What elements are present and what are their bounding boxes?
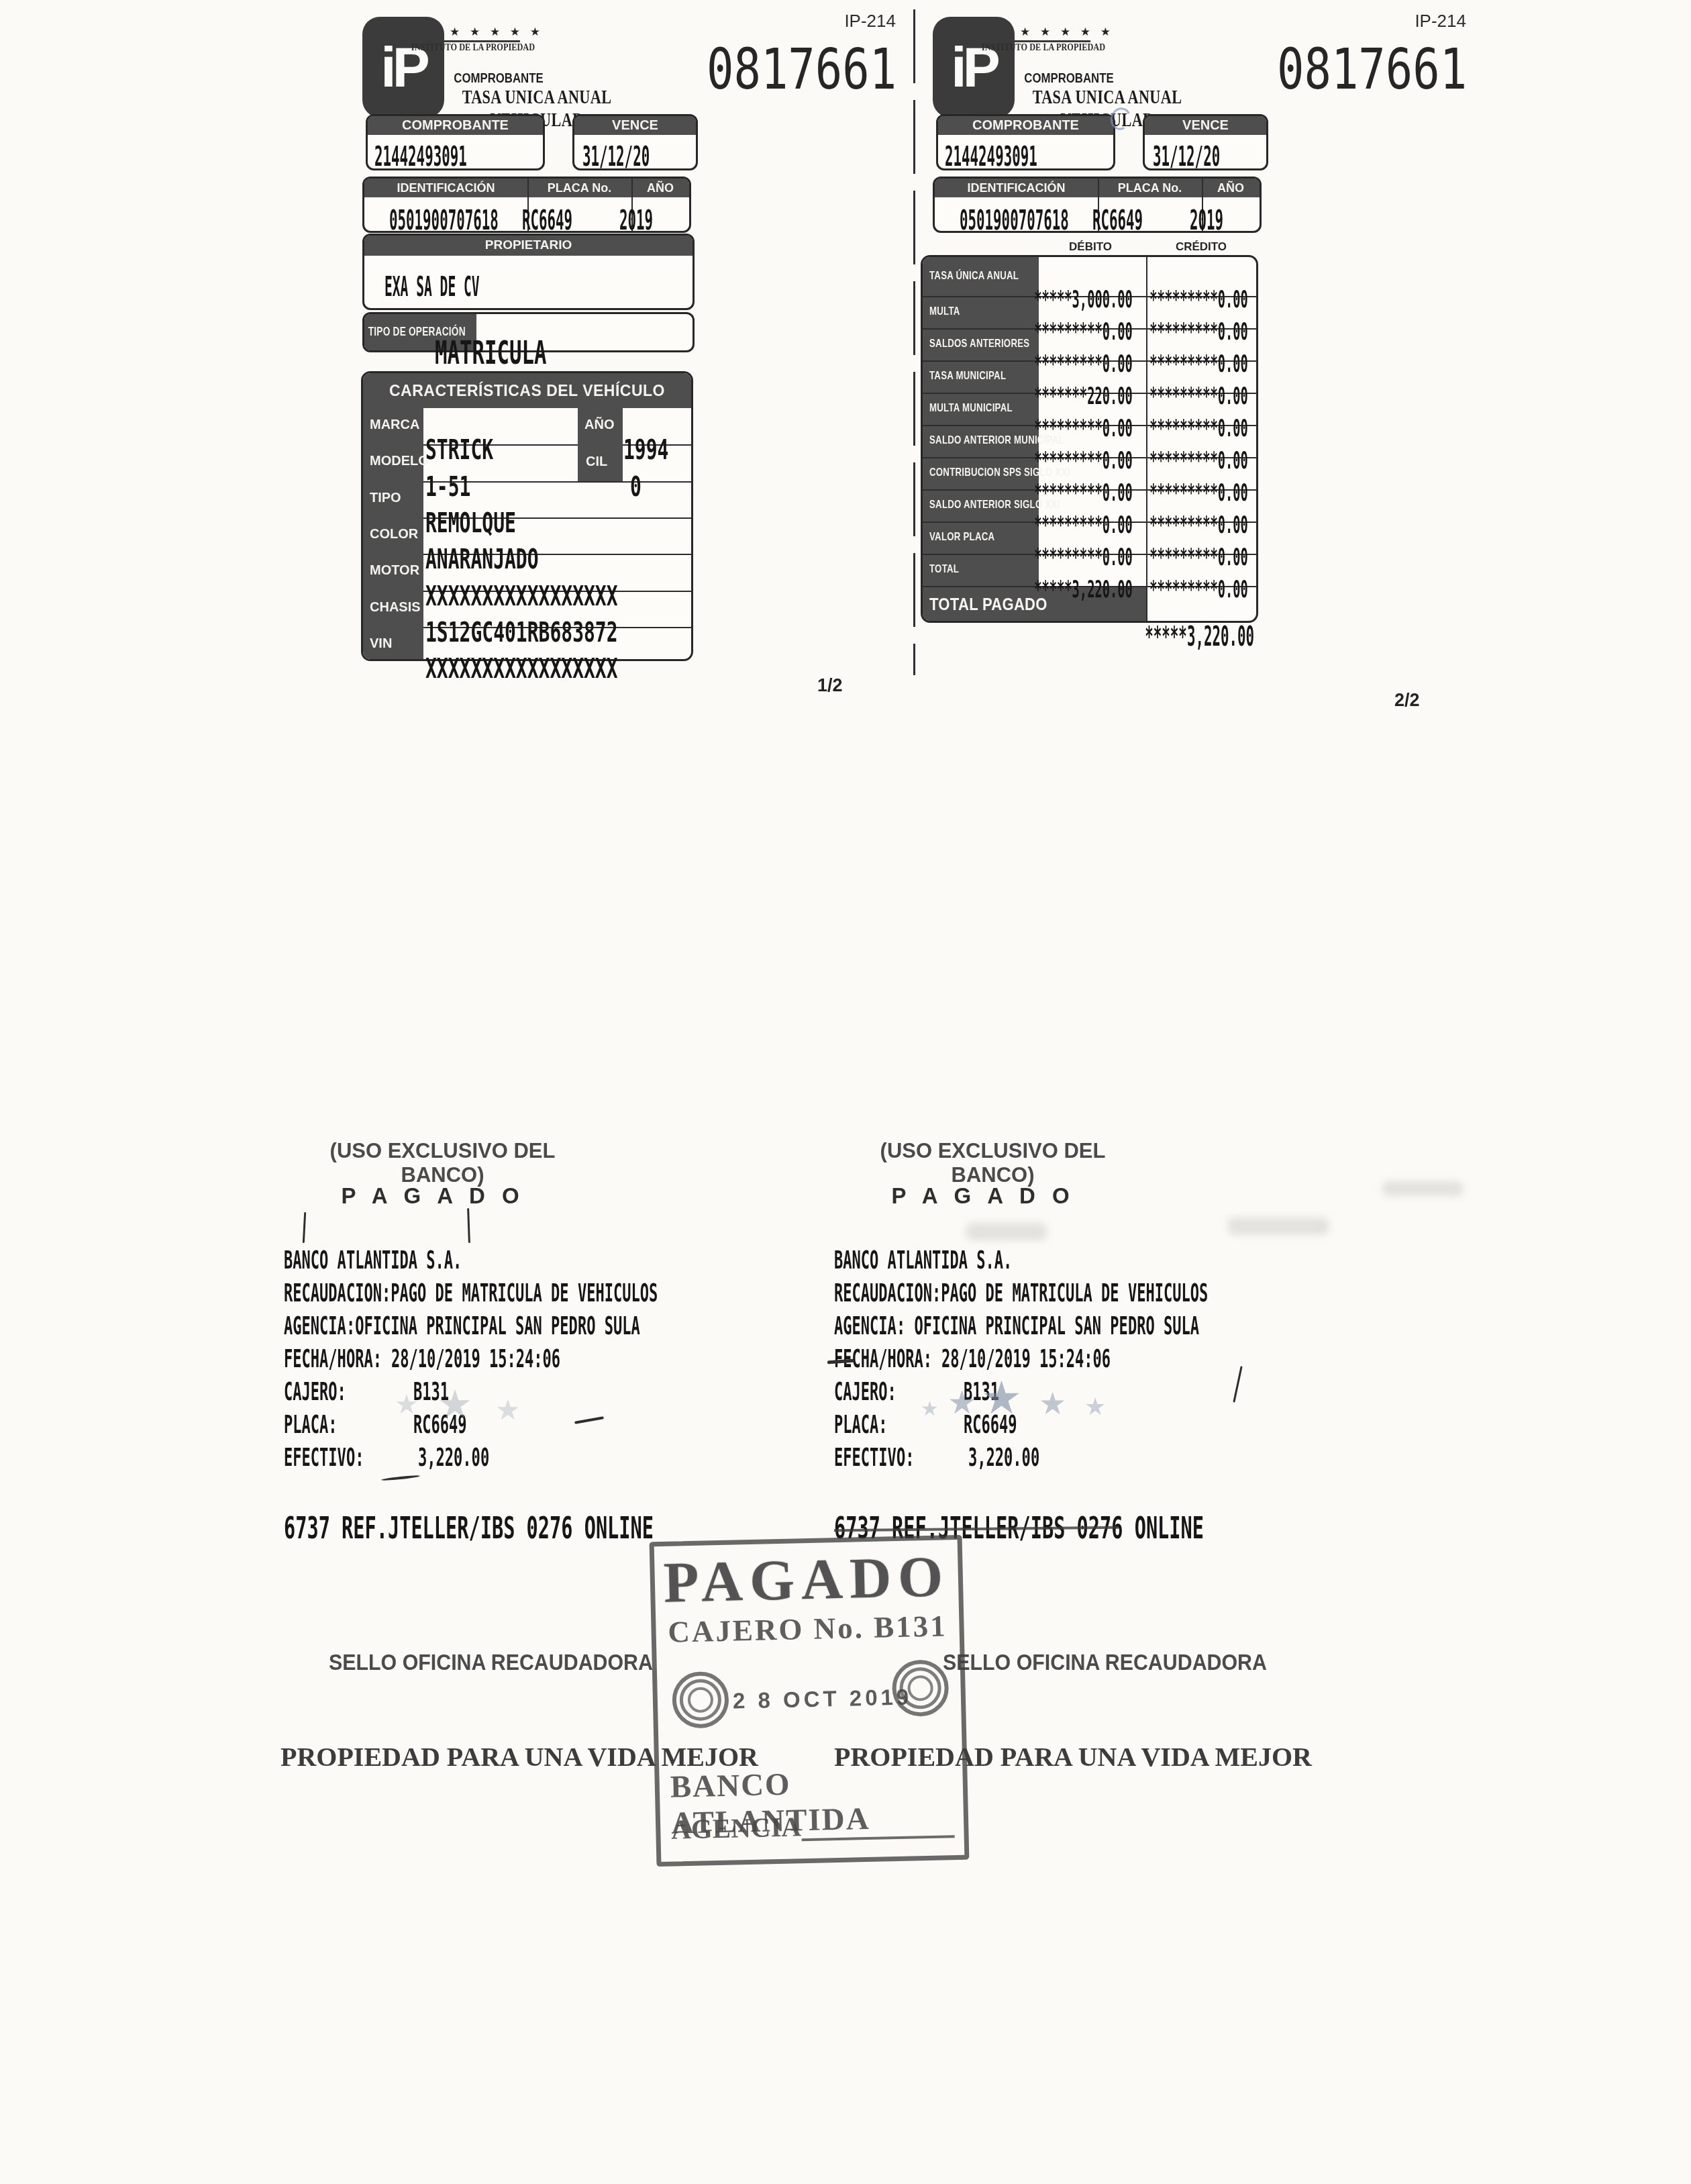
serial-number: 0817661 [707,36,896,102]
payment-row-label: TASA ÚNICA ANUAL [929,269,1019,283]
ano-label: AÑO [1202,179,1260,197]
comprobante-value: 21442493091 [374,142,467,172]
star-icon: ★ [947,1384,976,1422]
comprobante-box: COMPROBANTE 21442493091 [936,114,1115,170]
identificacion-box: IDENTIFICACIÓN PLACA No. AÑO 05019007076… [933,177,1262,233]
doc-type: COMPROBANTE [414,71,583,87]
propietario-label: PROPIETARIO [364,236,693,256]
uso-exclusivo-text: (USO EXCLUSIVO DEL BANCO) [313,1139,572,1187]
payment-row-label: VALOR PLACA [929,530,994,544]
pagado-text: P A G A D O [339,1183,527,1209]
agencia-line: AGENCIA: OFICINA PRINCIPAL SAN PEDRO SUL… [834,1311,1199,1340]
form-code: IP-214 [822,11,896,32]
bank-name-line: BANCO ATLANTIDA S.A. [834,1245,1012,1275]
ghost-artifact [966,1223,1047,1240]
vehicle-title: CARACTERÍSTICAS DEL VEHÍCULO [363,373,691,408]
vehicle-row-value: 1-51 [425,472,470,503]
page2-body: DÉBITO CRÉDITO TASA ÚNICA ANUAL MULTA SA… [921,240,1266,683]
vehicle-row-value: ANARANJADO [425,544,539,575]
identificacion-value: 0501900707618 [389,205,499,236]
fecha-value: 28/10/2019 15:24:06 [391,1344,560,1373]
recaudacion-line: RECAUDACION:PAGO DE MATRICULA DE VEHICUL… [284,1278,658,1307]
payment-credito-value: *********0.00 [1149,447,1248,475]
vehicle-row-value: REMOLQUE [425,508,516,539]
payment-credito-value: *********0.00 [1149,479,1248,507]
comprobante-value: 21442493091 [945,142,1037,172]
efectivo-value: 3,220.00 [418,1442,489,1472]
ano-value: 2019 [619,205,653,236]
payment-credito-value: *********0.00 [1149,350,1248,378]
form-code: IP-214 [1392,11,1466,32]
vehicle-cil-value: 0 [630,472,642,503]
payment-credito-value: *********0.00 [1149,544,1248,571]
divider-line [913,9,915,675]
scanned-receipt-page: iP ★ ★ ★ ★ ★ INSTITUTO DE LA PROPIEDAD I… [0,0,1691,2184]
vence-box: VENCE 31/12/20 [572,114,698,170]
comprobante-label: COMPROBANTE [938,116,1113,135]
vehicle-row-label: MOTOR [370,563,419,579]
payment-row-label: MULTA MUNICIPAL [929,401,1013,415]
tipo-operacion-box: TIPO DE OPERACIÓN MATRICULA [362,312,695,352]
placa-value: RC6649 [522,205,572,236]
star-icon: ★ [395,1389,419,1420]
vehicle-row-value: STRICK [425,435,493,466]
total-pagado-value: *****3,220.00 [1145,622,1254,652]
payment-debito-value: *******220.00 [1034,383,1133,410]
vehicle-ano-label: AÑO [584,417,614,433]
ref-line: 6737 REF.JTELLER/IBS 0276 ONLINE [284,1511,654,1546]
vehicle-box: CARACTERÍSTICAS DEL VEHÍCULO MARCA MODEL… [361,371,693,661]
bank-section-right: (USO EXCLUSIVO DEL BANCO) P A G A D O BA… [832,1139,1248,1569]
payment-debito-value: *********0.00 [1034,479,1133,507]
payment-credito-value: *********0.00 [1149,576,1248,603]
propietario-box: PROPIETARIO EXA SA DE CV [362,234,695,310]
payment-debito-value: *********0.00 [1034,415,1133,442]
agencia-line: AGENCIA:OFICINA PRINCIPAL SAN PEDRO SULA [284,1311,640,1340]
identificacion-label: IDENTIFICACIÓN [364,179,527,197]
placa-value: RC6649 [1092,205,1143,236]
payment-table: TASA ÚNICA ANUAL MULTA SALDOS ANTERIORES… [921,255,1258,623]
vence-label: VENCE [574,116,696,135]
page1-body: PROPIETARIO EXA SA DE CV TIPO DE OPERACI… [361,234,697,703]
star-icon: ★ [1039,1385,1066,1422]
receipt-right-header: iP ★ ★ ★ ★ ★ INSTITUTO DE LA PROPIEDAD I… [929,9,1473,238]
payment-debito-value: *********0.00 [1034,447,1133,475]
payment-credito-value: *********0.00 [1149,286,1248,313]
institute-name: INSTITUTO DE LA PROPIEDAD [408,43,538,54]
page-indicator-2: 2/2 [1394,690,1420,711]
cajero-label: CAJERO: [284,1377,346,1406]
star-icon: ★ [921,1397,939,1421]
paid-stamp: PAGADO CAJERO No. B131 2 8 OCT 2019 BANC… [650,1535,970,1867]
comprobante-label: COMPROBANTE [368,116,543,135]
vehicle-row-label: MODELO [370,454,429,469]
payment-row-label: SALDOS ANTERIORES [929,337,1029,350]
vehicle-row-label: CHASIS [370,600,421,615]
star-icon: ★ [981,1372,1022,1425]
vence-label: VENCE [1145,116,1266,135]
efectivo-value: 3,220.00 [968,1442,1039,1472]
payment-credito-value: *********0.00 [1149,511,1248,539]
identificacion-value: 0501900707618 [960,205,1069,236]
payment-credito-value: *********0.00 [1149,415,1248,442]
placa-label: PLACA No. [1098,179,1202,197]
stamp-agencia: AGENCIA [671,1810,802,1845]
tipo-operacion-value: MATRICULA [435,334,546,372]
bank-logo-icon [672,1671,729,1729]
placa-label: PLACA: [284,1409,338,1439]
vehicle-ano-value: 1994 [623,435,668,466]
vehicle-row-value: 1S12GC401RB683872 [425,617,618,648]
payment-debito-value: *****3,220.00 [1034,576,1133,603]
payment-row-label: MULTA [929,305,960,318]
vehicle-cil-label: CIL [586,454,607,470]
identificacion-label: IDENTIFICACIÓN [935,179,1098,197]
vehicle-row-value: XXXXXXXXXXXXXXXXX [425,654,618,685]
ano-value: 2019 [1190,205,1223,236]
identificacion-box: IDENTIFICACIÓN PLACA No. AÑO 05019007076… [362,177,691,233]
payment-debito-value: *********0.00 [1034,511,1133,539]
payment-debito-value: *********0.00 [1034,544,1133,571]
vehicle-row-label: TIPO [370,491,401,506]
vehicle-ano-cell: AÑO [578,408,623,444]
bank-section-left: (USO EXCLUSIVO DEL BANCO) P A G A D O BA… [282,1139,698,1569]
payment-credito-value: *********0.00 [1149,383,1248,410]
vence-value: 31/12/20 [582,142,650,172]
ano-label: AÑO [631,179,689,197]
institute-divider [423,40,520,42]
total-pagado-label: TOTAL PAGADO [929,594,1047,615]
vehicle-row-value: XXXXXXXXXXXXXXXXX [425,581,618,612]
recaudacion-line: RECAUDACION:PAGO DE MATRICULA DE VEHICUL… [834,1278,1208,1307]
vehicle-row-label: COLOR [370,527,418,542]
sello-text-right: SELLO OFICINA RECAUDADORA [943,1650,1267,1675]
placa-label: PLACA: [834,1409,888,1439]
credito-header: CRÉDITO [1144,240,1258,254]
payment-debito-value: *********0.00 [1034,350,1133,378]
ghost-artifact [1382,1181,1463,1196]
stamp-date: 2 8 OCT 2019 [733,1685,913,1714]
vehicle-row-label: MARCA [370,417,419,433]
doc-type: COMPROBANTE [984,71,1154,87]
sello-text-left: SELLO OFICINA RECAUDADORA [329,1650,653,1675]
debito-header: DÉBITO [1037,240,1144,254]
payment-debito-value: *********0.00 [1034,318,1133,346]
payment-credito-value: *********0.00 [1149,318,1248,346]
uso-exclusivo-text: (USO EXCLUSIVO DEL BANCO) [864,1139,1122,1187]
star-icon: ★ [1084,1393,1106,1421]
vence-box: VENCE 31/12/20 [1143,114,1268,170]
institute-divider [993,40,1090,42]
stars-icon: ★ ★ ★ ★ ★ [996,26,1137,39]
bank-name-line: BANCO ATLANTIDA S.A. [284,1245,462,1275]
fecha-value: 28/10/2019 15:24:06 [941,1344,1111,1373]
ghost-artifact [1228,1218,1329,1235]
stamp-pagado-text: PAGADO [654,1542,959,1616]
propietario-value: EXA SA DE CV [385,272,480,303]
serial-number: 0817661 [1277,36,1467,102]
placa-label: PLACA No. [527,179,631,197]
vehicle-cil-cell: CIL [578,444,623,481]
efectivo-label: EFECTIVO: [284,1442,364,1472]
fecha-label: FECHA/HORA: [284,1344,382,1373]
payment-debito-value: *****3,000.00 [1034,286,1133,313]
receipt-left-header: iP ★ ★ ★ ★ ★ INSTITUTO DE LA PROPIEDAD I… [359,9,903,238]
efectivo-label: EFECTIVO: [834,1442,914,1472]
star-icon: ★ [495,1393,521,1426]
page-indicator-1: 1/2 [817,675,843,696]
star-icon: ★ [438,1381,472,1427]
pagado-text: P A G A D O [889,1183,1077,1209]
cajero-label: CAJERO: [834,1377,896,1406]
vence-value: 31/12/20 [1153,142,1220,172]
vehicle-row-label: VIN [370,636,392,652]
payment-row-label: TASA MUNICIPAL [929,369,1006,383]
comprobante-box: COMPROBANTE 21442493091 [366,114,545,170]
fecha-label: FECHA/HORA: [834,1344,932,1373]
payment-row-label: TOTAL [929,562,959,576]
stars-icon: ★ ★ ★ ★ ★ [426,26,567,39]
stamp-cajero-text: CAJERO No. B131 [656,1608,960,1650]
institute-name: INSTITUTO DE LA PROPIEDAD [978,43,1109,54]
